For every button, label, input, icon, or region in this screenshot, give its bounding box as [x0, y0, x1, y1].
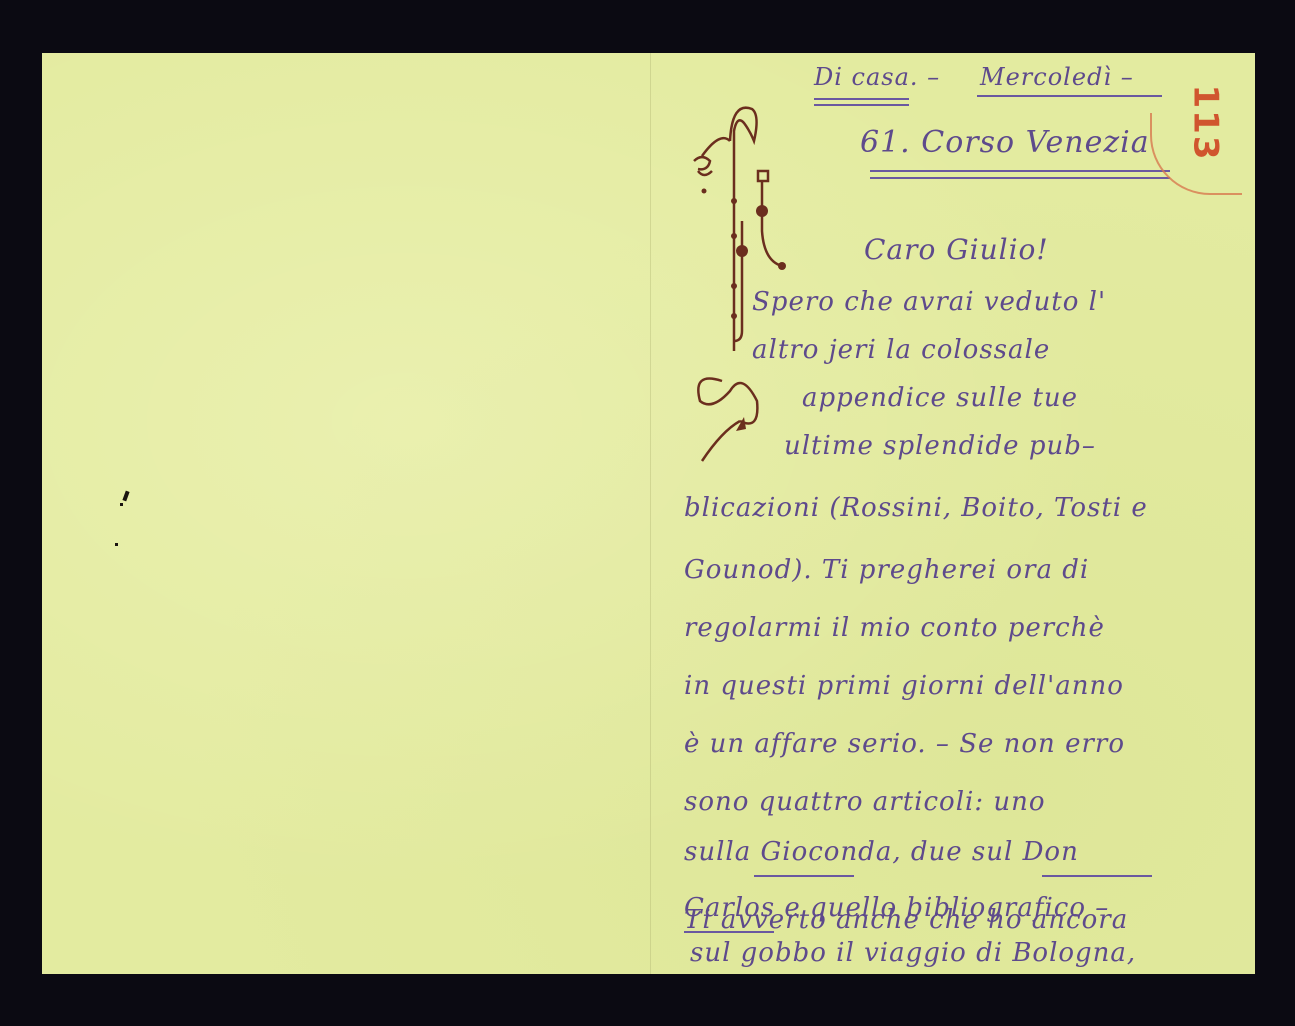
header-underline [814, 104, 909, 106]
body-line: blicazioni (Rossini, Boito, Tosti e [684, 493, 1148, 523]
fold-line [650, 53, 651, 974]
body-line: è un affare serio. – Se non erro [684, 729, 1125, 759]
decorative-initial-icon [682, 101, 792, 471]
body-line: sulla Gioconda, due sul Don [684, 837, 1079, 867]
body-line: ultime splendide pub– [784, 431, 1096, 461]
letter-page: Di casa. – Mercoledì – 61. Corso Venezia… [42, 53, 1255, 974]
body-line: Ti avverto anche che ho ancora [684, 905, 1128, 935]
ink-speck [120, 503, 123, 506]
body-line: Gounod). Ti pregherei ora di [684, 555, 1089, 585]
body-line: in questi primi giorni dell'anno [684, 671, 1124, 701]
body-line-last: sul gobbo il viaggio di Bologna, [690, 938, 1136, 968]
underline-gioconda [754, 875, 854, 877]
header-address: 61. Corso Venezia [860, 125, 1150, 160]
header-day: Mercoledì – [980, 63, 1134, 91]
body-line: appendice sulle tue [802, 383, 1078, 413]
header-place: Di casa. – [814, 63, 940, 91]
body-line: Spero che avrai veduto l' [752, 287, 1106, 317]
header-underline [814, 98, 909, 100]
header-underline [977, 95, 1162, 97]
body-line: altro jeri la colossale [752, 335, 1050, 365]
body-line: regolarmi il mio conto perchè [684, 613, 1105, 643]
archive-number: 113 [1185, 85, 1225, 162]
body-line: sono quattro articoli: uno [684, 787, 1046, 817]
ink-speck [115, 543, 118, 546]
salutation: Caro Giulio! [864, 233, 1049, 266]
ink-speck [122, 491, 129, 502]
underline-don [1042, 875, 1152, 877]
address-underline [870, 177, 1170, 179]
address-underline [870, 170, 1170, 172]
